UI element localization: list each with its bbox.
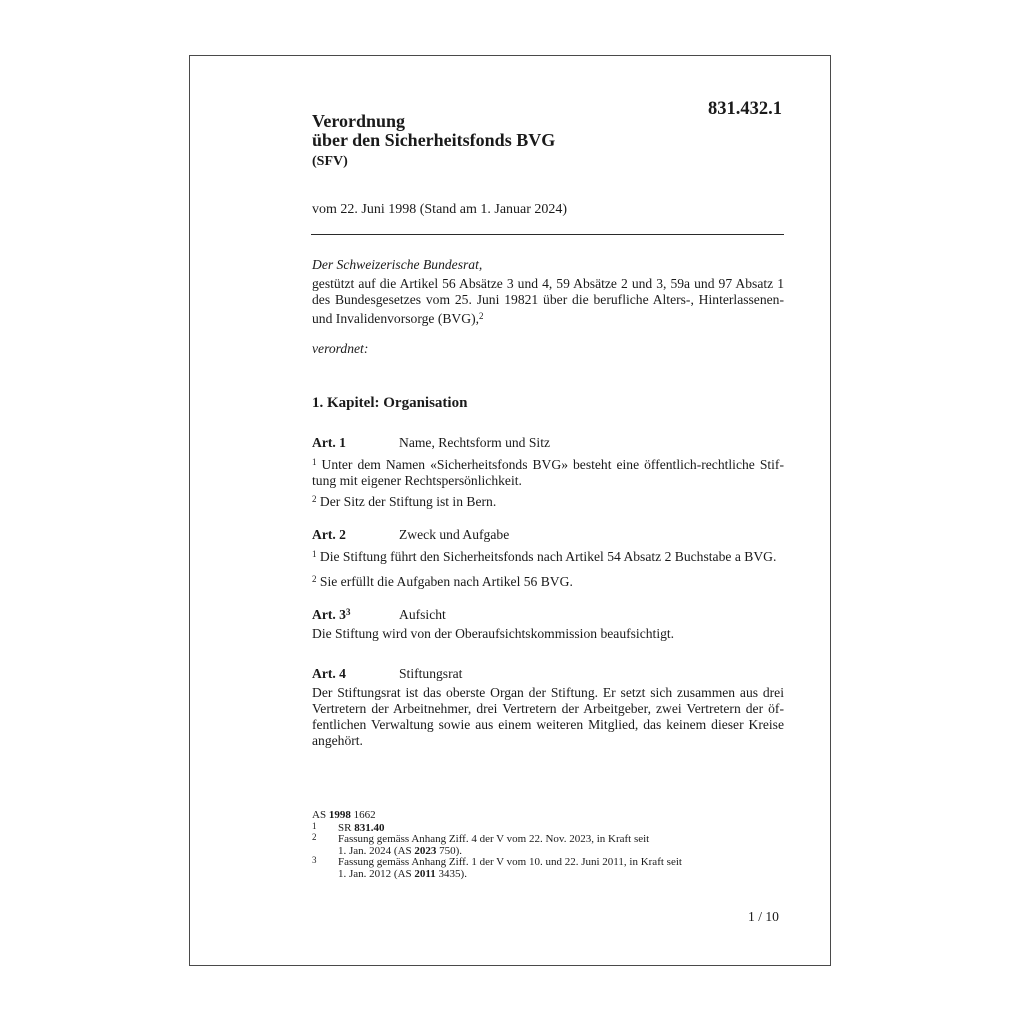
footnote-list: 1SR 831.402Fassung gemäss Anhang Ziff. 4…	[312, 823, 682, 881]
footnote-text: 1. Jan. 2012 (AS	[338, 868, 414, 880]
paragraph-number: 2	[312, 494, 317, 504]
page-number: 1 / 10	[748, 909, 779, 925]
paragraph-line: angehört.	[312, 733, 784, 749]
paragraph-text: tung mit eigener Rechtspersönlichkeit.	[312, 473, 522, 488]
date-line: vom 22. Juni 1998 (Stand am 1. Januar 20…	[312, 202, 567, 218]
as-page: 1662	[351, 809, 376, 821]
preamble-line: gestützt auf die Artikel 56 Absätze 3 un…	[312, 276, 784, 292]
as-prefix: AS	[312, 809, 329, 821]
paragraph-line: 2 Der Sitz der Stiftung ist in Bern.	[312, 491, 784, 510]
chapter-heading: 1. Kapitel: Organisation	[312, 395, 467, 412]
preamble-text: über die berufliche Alters-, Hinterlasse…	[538, 292, 784, 307]
document-abbreviation: (SFV)	[312, 154, 348, 170]
article-paragraph: 1 Unter dem Namen «Sicherheitsfonds BVG»…	[312, 454, 784, 489]
paragraph-line: fentlichen Verwaltung sowie aus einem we…	[312, 717, 784, 733]
paragraph-line: Die Stiftung wird von der Oberaufsichtsk…	[312, 626, 784, 642]
paragraph-text: angehört.	[312, 733, 363, 748]
as-year: 1998	[329, 809, 351, 821]
article-number: Art. 4	[312, 666, 399, 682]
footnote-text: 750).	[436, 845, 462, 857]
paragraph-number: 1	[312, 549, 317, 559]
article-heading: Art. 2Zweck und Aufgabe	[312, 527, 509, 543]
decree-formula: verordnet:	[312, 341, 368, 357]
paragraph-text: Der Sitz der Stiftung ist in Bern.	[320, 494, 496, 509]
article-paragraph: 2 Der Sitz der Stiftung ist in Bern.	[312, 491, 784, 510]
paragraph-number: 2	[312, 574, 317, 584]
footnote-item: 2Fassung gemäss Anhang Ziff. 4 der V vom…	[312, 834, 682, 857]
paragraph-text: Sie erfüllt die Aufgaben nach Artikel 56…	[320, 574, 573, 589]
paragraph-text: Die Stiftung wird von der Oberaufsichtsk…	[312, 626, 674, 641]
paragraph-line: Vertretern der Arbeitnehmer, drei Vertre…	[312, 701, 784, 717]
article-title: Aufsicht	[399, 607, 446, 622]
article-title: Zweck und Aufgabe	[399, 527, 509, 542]
footnote-text: Fassung gemäss Anhang Ziff. 4 der V vom …	[338, 833, 649, 845]
footnote-text: 1. Jan. 2024 (AS	[338, 845, 414, 857]
footnote-item: 3Fassung gemäss Anhang Ziff. 1 der V vom…	[312, 857, 682, 880]
preamble-line: und Invalidenvorsorge (BVG),2	[312, 308, 784, 327]
footnotes: AS 1998 1662 1SR 831.402Fassung gemäss A…	[312, 810, 682, 880]
footnote-number: 1	[312, 821, 317, 833]
preamble: gestützt auf die Artikel 56 Absätze 3 un…	[312, 276, 784, 327]
footnote-line: 1. Jan. 2012 (AS 2011 3435).	[338, 869, 682, 881]
sr-number: 831.432.1	[708, 99, 782, 120]
footnote-ref[interactable]: 2	[479, 311, 484, 321]
footnote-bold: 831.40	[354, 822, 384, 834]
article-title: Stiftungsrat	[399, 666, 462, 681]
paragraph-line: 1 Die Stiftung führt den Sicherheitsfond…	[312, 546, 784, 565]
paragraph-line: 2 Sie erfüllt die Aufgaben nach Artikel …	[312, 571, 784, 590]
paragraph-line: 1 Unter dem Namen «Sicherheitsfonds BVG»…	[312, 454, 784, 473]
document-title: Verordnung über den Sicherheitsfonds BVG	[312, 112, 555, 150]
article-heading: Art. 33Aufsicht	[312, 607, 446, 623]
issuer: Der Schweizerische Bundesrat,	[312, 257, 482, 273]
paragraph-line: tung mit eigener Rechtspersönlichkeit.	[312, 473, 784, 489]
footnote-text: SR	[338, 822, 354, 834]
as-reference: AS 1998 1662	[312, 810, 682, 822]
paragraph-text: Unter dem Namen «Sicherheitsfonds BVG» b…	[322, 457, 785, 472]
footnote-bold: 2011	[414, 868, 435, 880]
article-title: Name, Rechtsform und Sitz	[399, 435, 550, 450]
footnote-ref[interactable]: 3	[346, 607, 351, 617]
article-number: Art. 33	[312, 607, 399, 623]
article-paragraph: 2 Sie erfüllt die Aufgaben nach Artikel …	[312, 571, 784, 590]
footnote-text: 3435).	[436, 868, 467, 880]
preamble-line: des Bundesgesetzes vom 25. Juni 19821 üb…	[312, 292, 784, 308]
article-paragraph: Die Stiftung wird von der Oberaufsichtsk…	[312, 626, 784, 642]
preamble-text: und Invalidenvorsorge (BVG),	[312, 311, 479, 326]
title-line: über den Sicherheitsfonds BVG	[312, 131, 555, 150]
title-line: Verordnung	[312, 112, 555, 131]
paragraph-line: Der Stiftungsrat ist das oberste Organ d…	[312, 685, 784, 701]
paragraph-number: 1	[312, 457, 317, 467]
footnote-number: 2	[312, 832, 317, 844]
paragraph-text: Die Stiftung führt den Sicherheitsfonds …	[320, 549, 776, 564]
footnote-number: 3	[312, 855, 317, 867]
article-paragraph: Der Stiftungsrat ist das oberste Organ d…	[312, 685, 784, 749]
paragraph-text: Der Stiftungsrat ist das oberste Organ d…	[312, 685, 784, 700]
footnote-text: Fassung gemäss Anhang Ziff. 1 der V vom …	[338, 856, 682, 868]
article-number: Art. 2	[312, 527, 399, 543]
article-heading: Art. 1Name, Rechtsform und Sitz	[312, 435, 550, 451]
article-number: Art. 1	[312, 435, 399, 451]
preamble-text: des Bundesgesetzes vom 25. Juni 1982	[312, 292, 531, 307]
article-heading: Art. 4Stiftungsrat	[312, 666, 462, 682]
footnote-bold: 2023	[414, 845, 436, 857]
article-paragraph: 1 Die Stiftung führt den Sicherheitsfond…	[312, 546, 784, 565]
paragraph-text: Vertretern der Arbeitnehmer, drei Vertre…	[312, 701, 784, 716]
document-page: 831.432.1 Verordnung über den Sicherheit…	[189, 55, 831, 966]
header-divider	[311, 234, 784, 235]
paragraph-text: fentlichen Verwaltung sowie aus einem we…	[312, 717, 784, 732]
article-number-text: Art. 3	[312, 607, 346, 622]
